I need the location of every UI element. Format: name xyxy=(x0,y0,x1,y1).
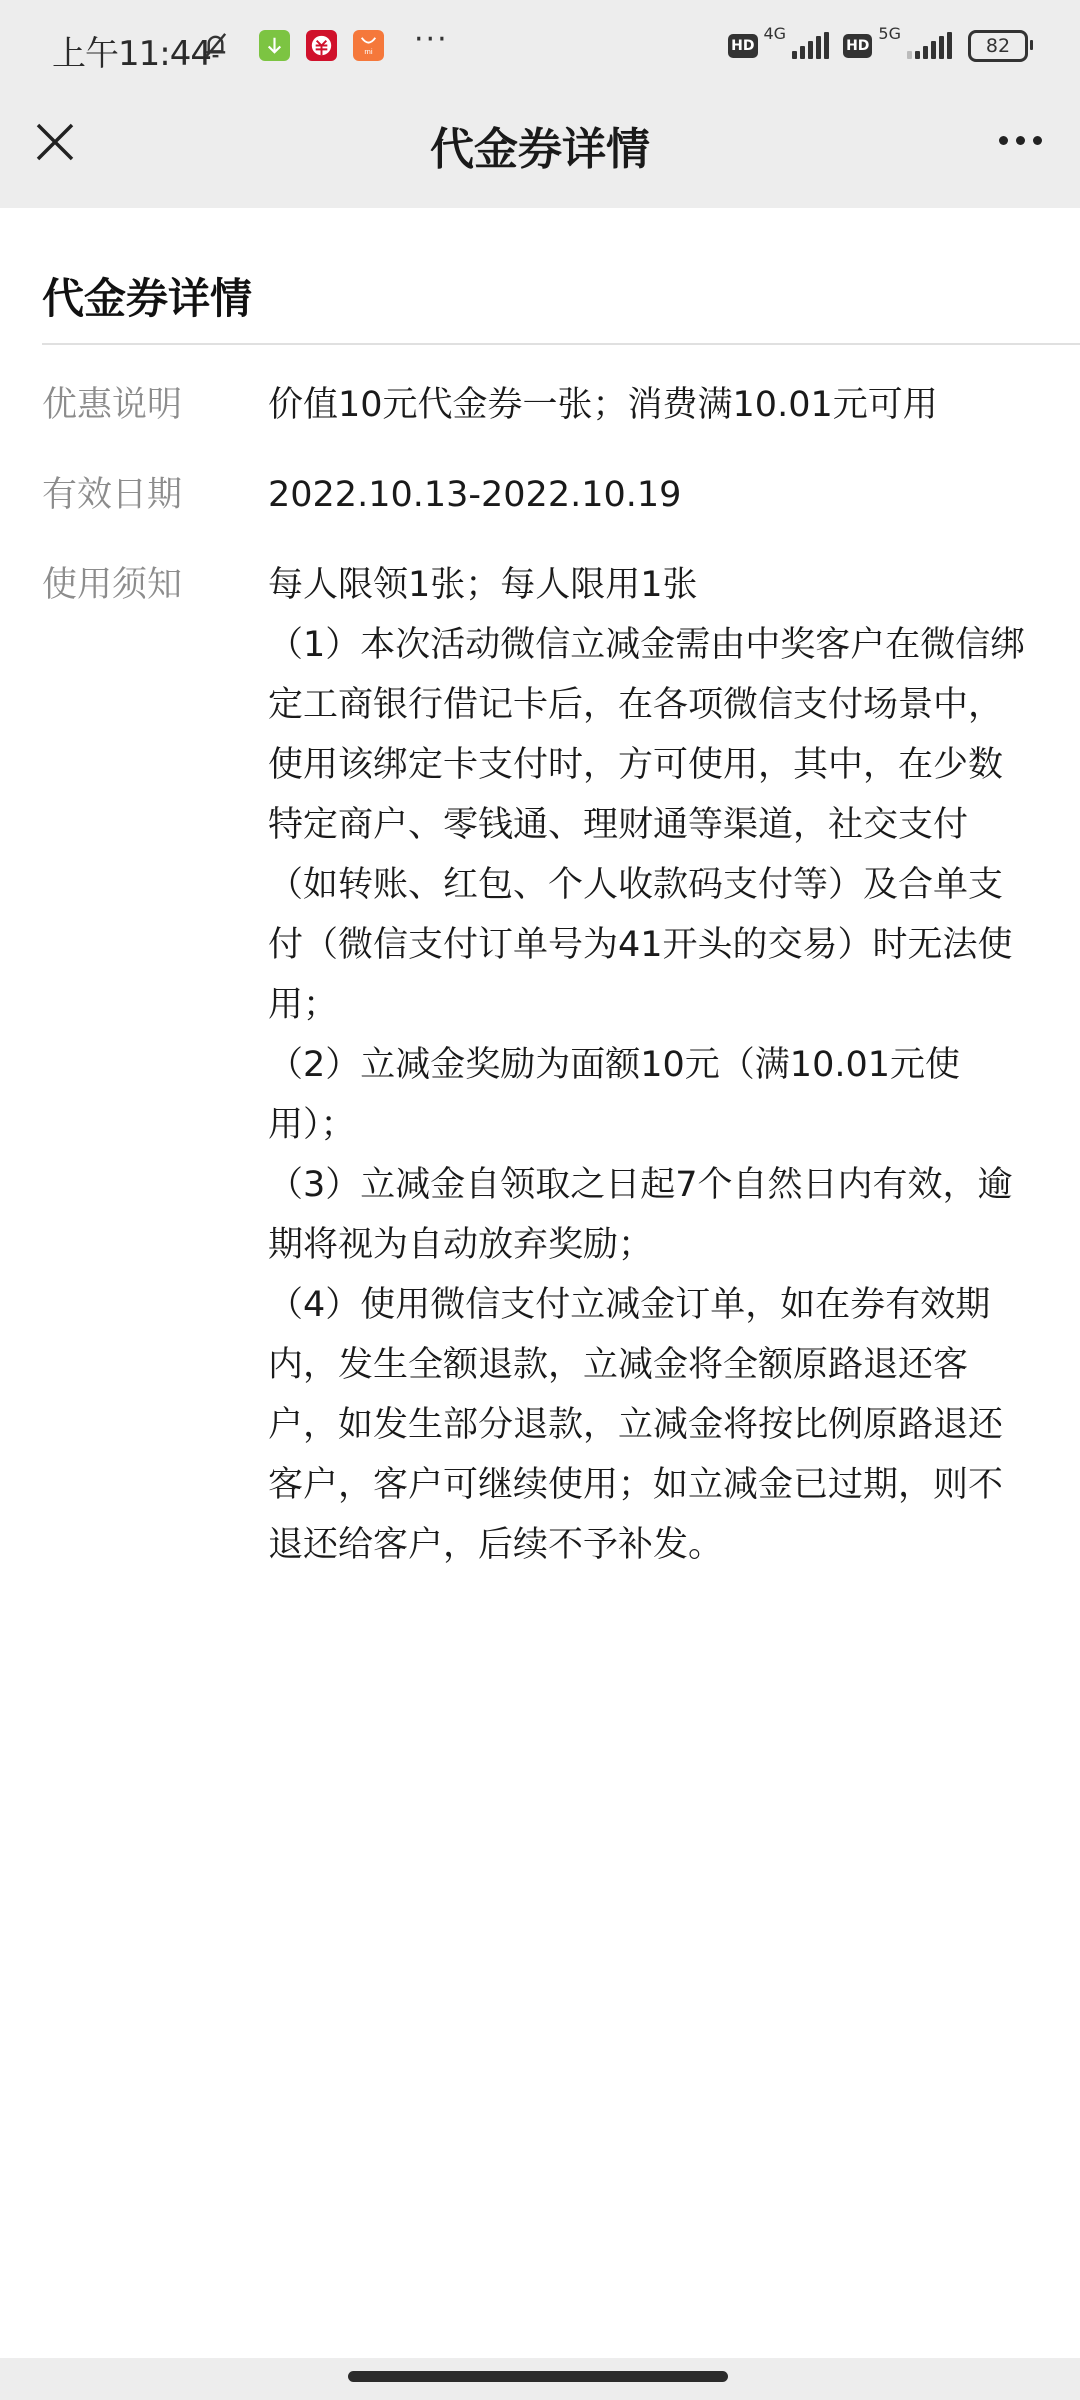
signal-icon-sim1 xyxy=(792,33,829,59)
terms-line: （1）本次活动微信立减金需由中奖客户在微信绑定工商银行借记卡后，在各项微信支付场… xyxy=(268,615,1028,1035)
status-right: HD 4G HD 5G 82 xyxy=(728,28,1028,64)
hd-badge-sim1: HD xyxy=(728,34,757,58)
nav-bar: 代金券详情 xyxy=(0,95,1080,208)
section-title: 代金券详情 xyxy=(42,266,252,326)
signal-icon-sim2 xyxy=(907,33,952,59)
download-app-icon xyxy=(259,30,290,61)
detail-label: 有效日期 xyxy=(42,465,268,525)
detail-label: 优惠说明 xyxy=(42,375,268,435)
divider xyxy=(42,343,1080,345)
status-time: 上午11:44 xyxy=(52,26,211,75)
bell-muted-icon xyxy=(200,30,231,61)
detail-row-validity: 有效日期 2022.10.13-2022.10.19 xyxy=(42,465,1042,525)
more-notifications-icon: ··· xyxy=(414,22,449,57)
terms-line: （2）立减金奖励为面额10元（满10.01元使用）； xyxy=(268,1035,1028,1155)
terms-text: 每人限领1张；每人限用1张 （1）本次活动微信立减金需由中奖客户在微信绑定工商银… xyxy=(268,555,1028,1575)
detail-row-offer: 优惠说明 价值10元代金券一张；消费满10.01元可用 xyxy=(42,375,1042,435)
battery-level: 82 xyxy=(986,35,1010,57)
detail-value: 价值10元代金券一张；消费满10.01元可用 xyxy=(268,375,1028,435)
battery-icon: 82 xyxy=(968,30,1028,62)
more-icon[interactable] xyxy=(990,125,1050,155)
home-indicator[interactable] xyxy=(348,2371,728,2382)
terms-line: （3）立减金自领取之日起7个自然日内有效，逾期将视为自动放弃奖励； xyxy=(268,1155,1028,1275)
terms-line: （4）使用微信支付立减金订单，如在券有效期内，发生全额退款，立减金将全额原路退还… xyxy=(268,1275,1028,1575)
terms-line: 每人限领1张；每人限用1张 xyxy=(268,555,1028,615)
status-bar: 上午11:44 mi ··· HD 4G HD 5G 82 xyxy=(0,0,1080,95)
ecny-app-icon xyxy=(306,30,337,61)
detail-label: 使用须知 xyxy=(42,555,268,1575)
hd-badge-sim2: HD xyxy=(843,34,872,58)
network-type-sim2: 5G xyxy=(878,24,901,43)
detail-value: 2022.10.13-2022.10.19 xyxy=(268,465,1028,525)
detail-row-terms: 使用须知 每人限领1张；每人限用1张 （1）本次活动微信立减金需由中奖客户在微信… xyxy=(42,555,1042,1575)
page-title: 代金券详情 xyxy=(0,113,1080,177)
svg-text:mi: mi xyxy=(364,47,372,56)
network-type-sim1: 4G xyxy=(764,24,787,43)
mi-store-app-icon: mi xyxy=(353,30,384,61)
